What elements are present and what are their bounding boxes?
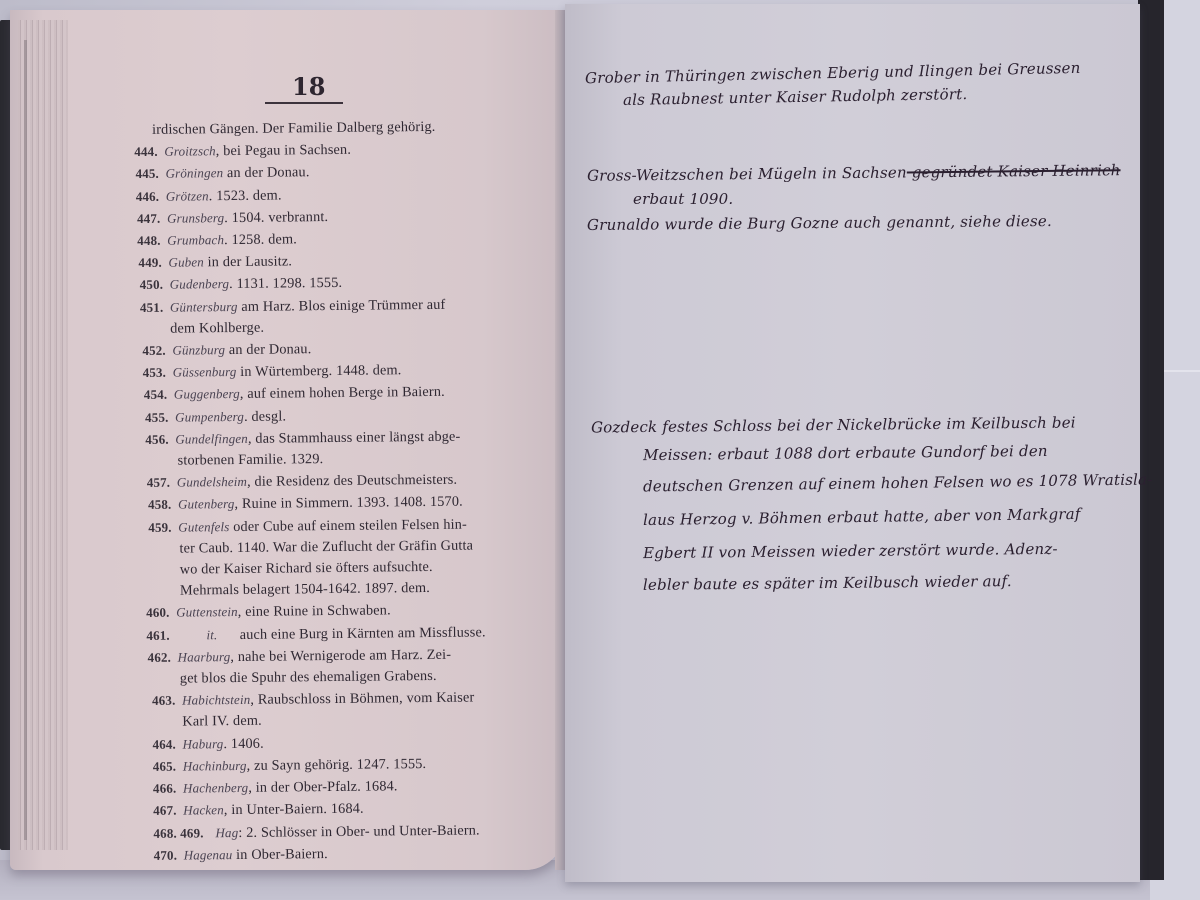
- entry-name: Habichtstein: [182, 692, 250, 708]
- entry-name: Guttenstein: [176, 604, 238, 620]
- book-photo: 18 irdischen Gängen. Der Familie Dalberg…: [0, 0, 1200, 900]
- entry-text: Mehrmals belagert 1504-1642. 1897. dem.: [180, 580, 430, 599]
- entry-number: 459.: [148, 516, 178, 538]
- entry-number: 457.: [147, 472, 177, 494]
- entry-text: am Harz. Blos einige Trümmer auf: [238, 296, 446, 314]
- handwritten-note-line: Gozdeck festes Schloss bei der Nickelbrü…: [591, 413, 1076, 436]
- entry-text: , zu Sayn gehörig. 1247. 1555.: [247, 756, 427, 774]
- entry-text: , die Residenz des Deutschmeisters.: [247, 472, 457, 490]
- entry-number: 447.: [137, 208, 167, 230]
- entry-text: ter Caub. 1140. War die Zuflucht der Grä…: [179, 537, 473, 556]
- entry-name: Haburg: [182, 736, 223, 751]
- handwritten-note-line: erbaut 1090.: [633, 190, 733, 208]
- entry-text: wo der Kaiser Richard sie öfters aufsuch…: [180, 559, 433, 578]
- entry-number: 470.: [154, 844, 184, 866]
- entry-text: , bei Pegau in Sachsen.: [216, 142, 351, 159]
- entry-text: , eine Ruine in Schwaben.: [238, 603, 391, 621]
- entry-number: 453.: [143, 362, 173, 384]
- entry-text: storbenen Familie. 1329.: [177, 451, 323, 469]
- handwritten-note-line: als Raubnest unter Kaiser Rudolph zerstö…: [623, 85, 968, 109]
- entry-name: Gutenfels: [178, 519, 229, 535]
- entry-name: Hacken: [183, 802, 224, 817]
- entry-number: 456.: [145, 428, 175, 450]
- page-number: 18: [292, 72, 325, 101]
- entry-text: dem Kohlberge.: [170, 320, 264, 337]
- entry-name: Günzburg: [172, 342, 225, 358]
- entry-name: Guggenberg: [174, 386, 240, 402]
- entry-text: get blos die Spuhr des ehemaligen Graben…: [180, 668, 437, 687]
- entry-text: , das Stammhauss einer längst abge-: [248, 428, 461, 446]
- handwritten-note-line: lebler baute es später im Keilbusch wied…: [643, 572, 1012, 594]
- entry-name: Hachenberg: [183, 780, 248, 796]
- entry-number: 454.: [144, 384, 174, 406]
- entry-name: Grumbach: [167, 232, 224, 248]
- entry-number: 464.: [152, 733, 182, 755]
- entry-number: 458.: [148, 494, 178, 516]
- entry-text: . desgl.: [244, 408, 286, 424]
- entry-text: oder Cube auf einem steilen Felsen hin-: [229, 516, 467, 534]
- entry-text: . 1523. dem.: [209, 187, 282, 204]
- book-cover-right: [1138, 0, 1164, 880]
- entry-number: 444.: [134, 141, 164, 163]
- entry-text: in der Lausitz.: [204, 254, 292, 271]
- entry-number: 468. 469.: [153, 822, 215, 844]
- printed-page: 18 irdischen Gängen. Der Familie Dalberg…: [10, 10, 565, 870]
- entry-name: Gundelfingen: [175, 431, 248, 447]
- entry-text: , nahe bei Wernigerode am Harz. Zei-: [230, 647, 451, 665]
- entry-name: Grötzen: [166, 188, 209, 203]
- entry-text: an der Donau.: [223, 165, 309, 182]
- entry-text: , Ruine in Simmern. 1393. 1408. 1570.: [234, 494, 462, 512]
- handwritten-note-line: Grober in Thüringen zwischen Eberig und …: [585, 59, 1081, 87]
- entry-text: . 1258. dem.: [224, 231, 297, 248]
- entry-name: Güssenburg: [173, 364, 237, 380]
- entry-number: 465.: [153, 755, 183, 777]
- entry-name: Gröningen: [165, 166, 223, 182]
- entry-name: Guben: [168, 255, 204, 270]
- entry-text: Karl IV. dem.: [182, 713, 262, 730]
- entry-number: 448.: [137, 230, 167, 252]
- entry-name: Hagenau: [184, 847, 233, 863]
- line-text: irdischen Gängen. Der Familie Dalberg ge…: [152, 119, 436, 138]
- entry-number: 451.: [140, 296, 170, 318]
- entry-text: auch eine Burg in Kärnten am Missflusse.: [217, 624, 485, 643]
- handwritten-note-line: deutschen Grenzen auf einem hohen Felsen…: [643, 470, 1153, 495]
- entry-text: , in Unter-Baiern. 1684.: [224, 801, 364, 818]
- printed-text-block: irdischen Gängen. Der Familie Dalberg ge…: [138, 116, 546, 867]
- entry-name: Haarburg: [178, 649, 231, 665]
- entry-text: . 1406.: [223, 735, 264, 751]
- struck-text: gegründet Kaiser Heinrich: [907, 161, 1121, 181]
- entry-name: Hachinburg: [183, 758, 247, 774]
- entry-name: Groitzsch: [164, 143, 216, 159]
- entry-number: 461.: [146, 624, 176, 646]
- entry-name: Gundelsheim: [177, 474, 247, 490]
- entry-text: , in der Ober-Pfalz. 1684.: [248, 778, 397, 796]
- entry-number: 466.: [153, 778, 183, 800]
- entry-number: 463.: [152, 690, 182, 712]
- entry-name: Hag: [215, 824, 238, 839]
- entry-number: 446.: [136, 185, 166, 207]
- entry-number: 445.: [135, 163, 165, 185]
- entry-name: Gutenberg: [178, 496, 235, 512]
- handwritten-note-line: Gross-Weitzschen bei Mügeln in Sachsen g…: [587, 161, 1121, 185]
- entry-text: , Raubschloss in Böhmen, vom Kaiser: [250, 690, 474, 708]
- entry-name: Gumpenberg: [175, 409, 244, 425]
- entry-name: Grunsberg: [167, 210, 224, 226]
- entry-name: Gudenberg: [170, 276, 230, 292]
- entry-name: it.: [176, 627, 217, 642]
- list-entry: 470.Hagenau in Ober-Baiern.: [154, 840, 554, 866]
- entry-text: . 1131. 1298. 1555.: [229, 275, 342, 292]
- entry-number: 450.: [140, 274, 170, 296]
- entry-text: in Ober-Baiern.: [232, 846, 328, 863]
- entry-number: 449.: [138, 252, 168, 274]
- note-text: Gross-Weitzschen bei Mügeln in Sachsen: [587, 163, 907, 184]
- entry-text: . 1504. verbrannt.: [224, 209, 328, 226]
- handwritten-note-line: Egbert II von Meissen wieder zerstört wu…: [643, 540, 1058, 562]
- entry-text: : 2. Schlösser in Ober- und Unter-Baiern…: [238, 822, 480, 841]
- page-edge-shadow: [24, 40, 27, 840]
- handwritten-note-line: Grunaldo wurde die Burg Gozne auch genan…: [587, 212, 1052, 234]
- entry-number: 455.: [145, 406, 175, 428]
- entry-number: 460.: [146, 602, 176, 624]
- entry-number: 462.: [148, 646, 178, 668]
- entry-text: an der Donau.: [225, 341, 311, 358]
- entry-text: , auf einem hohen Berge in Baiern.: [240, 384, 445, 402]
- handwritten-note-line: laus Herzog v. Böhmen erbaut hatte, aber…: [643, 505, 1081, 529]
- page-number-rule: [265, 102, 343, 104]
- handwritten-page: Grober in Thüringen zwischen Eberig und …: [565, 4, 1140, 882]
- entry-text: in Würtemberg. 1448. dem.: [236, 362, 401, 380]
- entry-name: Güntersburg: [170, 299, 238, 315]
- entry-number: 467.: [153, 800, 183, 822]
- entry-number: 452.: [142, 340, 172, 362]
- handwritten-note-line: Meissen: erbaut 1088 dort erbaute Gundor…: [643, 442, 1048, 464]
